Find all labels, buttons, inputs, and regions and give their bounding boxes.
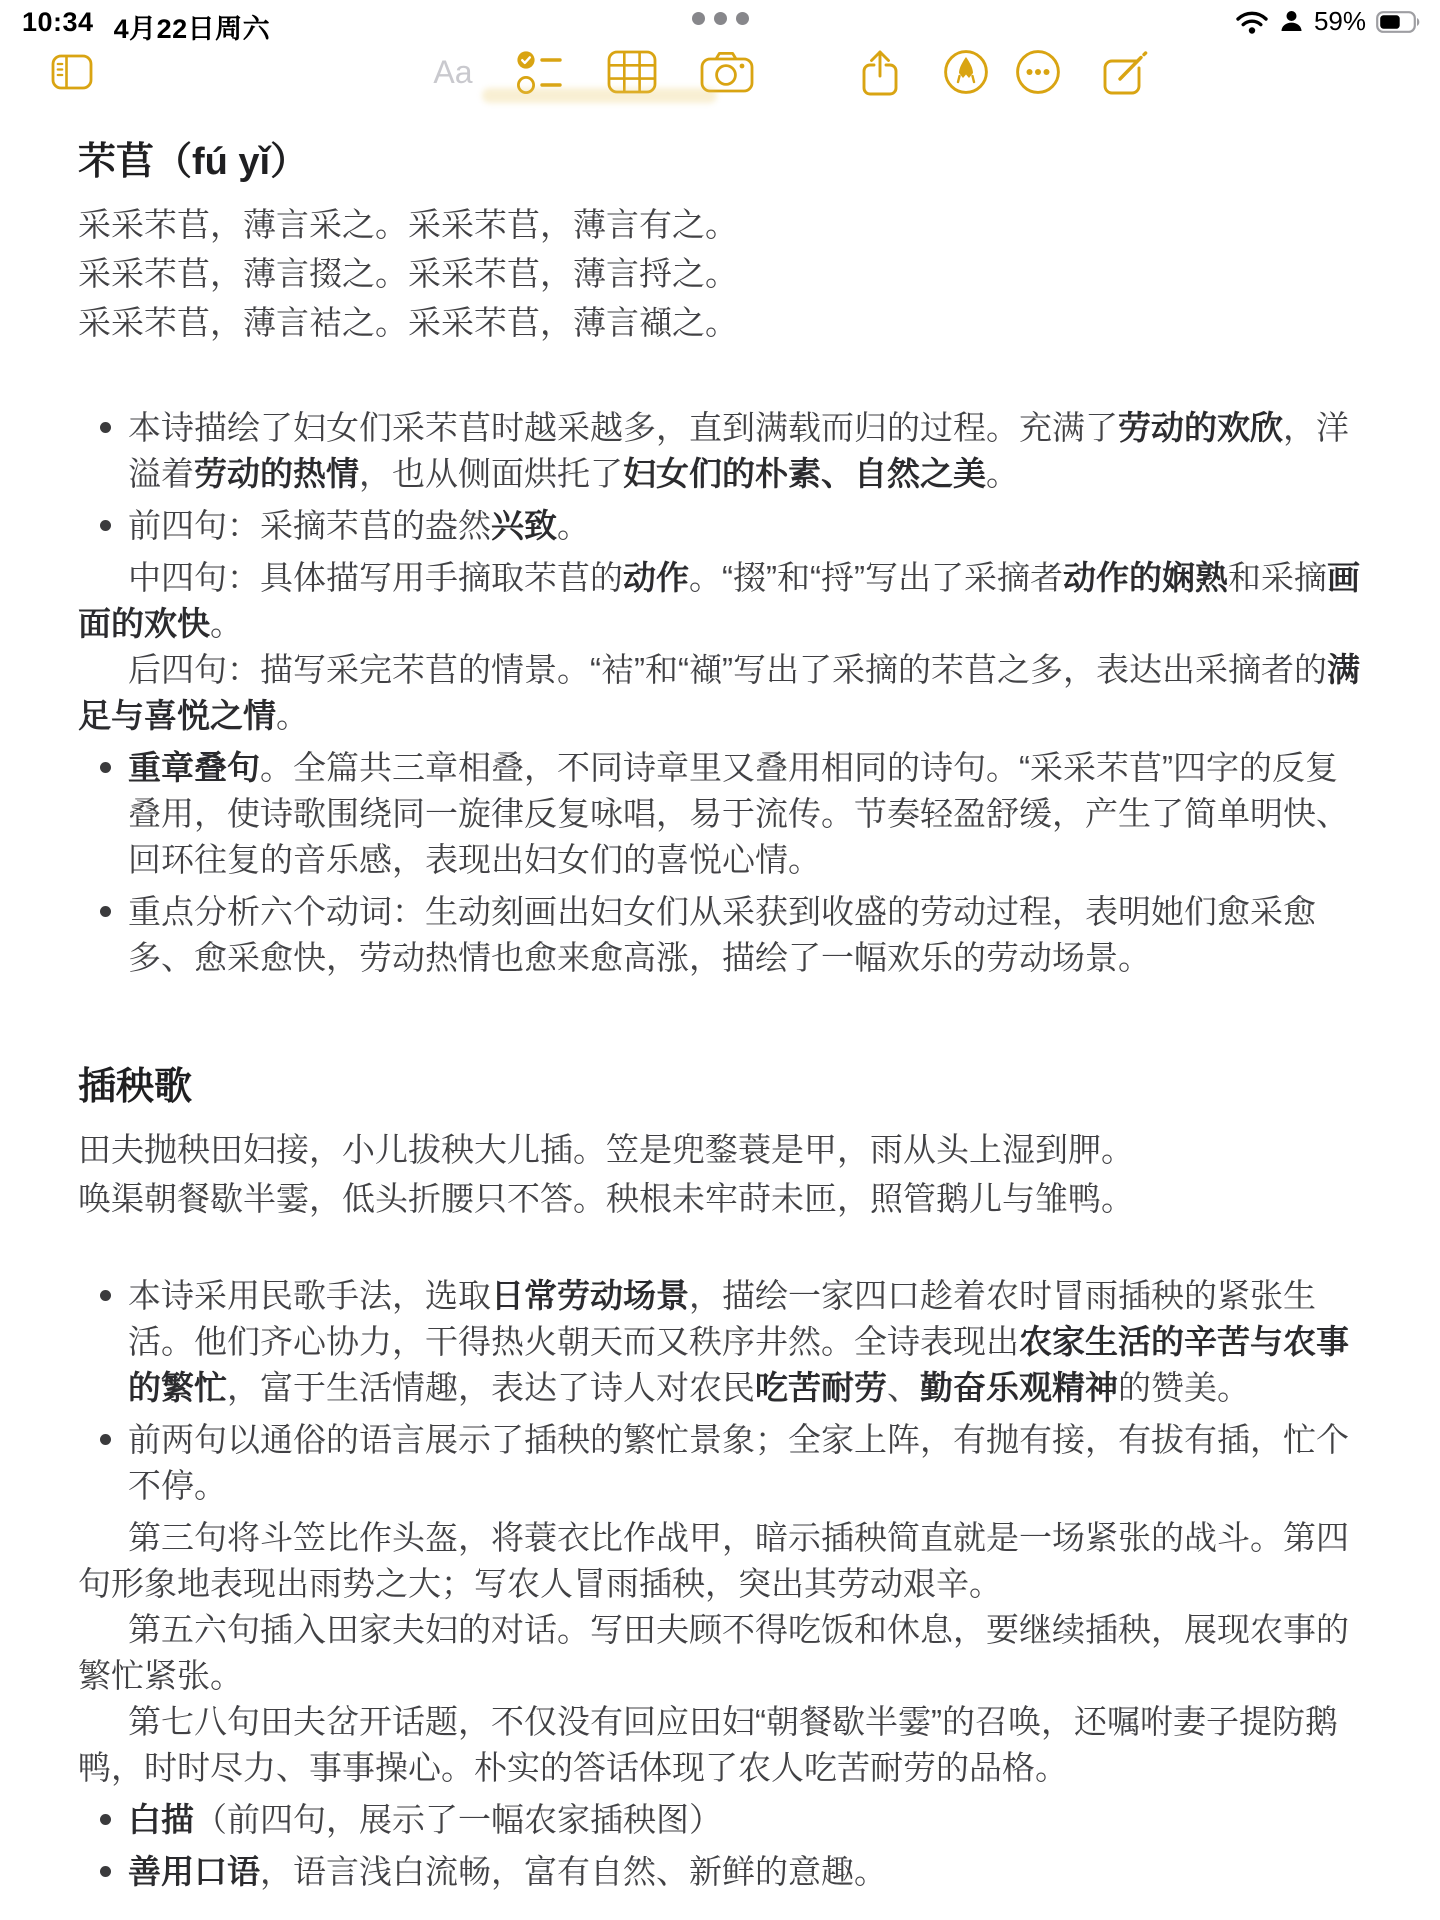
section-heading[interactable]: 插秧歌 bbox=[78, 1065, 1362, 1109]
bullet-marker bbox=[78, 1849, 128, 1895]
text: 唤渠朝餐歇半霎，低头折腰只不答。秧根未牢莳未匝，照管鹅儿与雏鸭。 bbox=[78, 1180, 1134, 1217]
wifi-icon bbox=[1235, 9, 1269, 35]
text: 。 bbox=[276, 697, 309, 734]
text: ，语言浅白流畅，富有自然、新鲜的意趣。 bbox=[260, 1853, 887, 1890]
indent-paragraph[interactable]: 中四句：具体描写用手摘取芣苢的动作。“掇”和“捋”写出了采摘者动作的娴熟和采摘画… bbox=[78, 555, 1362, 647]
bullet-text[interactable]: 白描（前四句，展示了一幅农家插秧图） bbox=[128, 1797, 1362, 1843]
bullet-item[interactable]: 前四句：采摘芣苢的盎然兴致。 bbox=[78, 503, 1362, 549]
format-button[interactable]: Aa bbox=[425, 44, 481, 100]
text: 田夫抛秧田妇接，小儿拔秧大儿插。笠是兜鍪蓑是甲，雨从头上湿到胛。 bbox=[78, 1131, 1134, 1168]
bold-text: 善用口语 bbox=[128, 1853, 260, 1890]
bullet-text[interactable]: 前两句以通俗的语言展示了插秧的繁忙景象；全家上阵，有抛有接，有拔有插，忙个不停。 bbox=[128, 1417, 1362, 1509]
indent-paragraph[interactable]: 第七八句田夫岔开话题，不仅没有回应田妇“朝餐歇半霎”的召唤，还嘱咐妻子提防鹅鸭，… bbox=[78, 1699, 1362, 1791]
text: （前四句，展示了一幅农家插秧图） bbox=[194, 1801, 722, 1838]
faded-watermark bbox=[482, 88, 717, 103]
bullet-marker bbox=[78, 745, 128, 883]
text: 采采芣苢，薄言袺之。采采芣苢，薄言襭之。 bbox=[78, 304, 738, 341]
text: 采采芣苢，薄言掇之。采采芣苢，薄言捋之。 bbox=[78, 255, 738, 292]
spacer bbox=[78, 347, 1362, 399]
bullet-text[interactable]: 本诗采用民歌手法，选取日常劳动场景，描绘一家四口趁着农时冒雨插秧的紧张生活。他们… bbox=[128, 1273, 1362, 1411]
text: 。 bbox=[210, 605, 243, 642]
battery-icon bbox=[1376, 11, 1422, 33]
bullet-marker bbox=[78, 1417, 128, 1509]
dot bbox=[714, 12, 727, 25]
indent-paragraph[interactable]: 第五六句插入田家夫妇的对话。写田夫顾不得吃饭和休息，要继续插秧，展现农事的繁忙紧… bbox=[78, 1607, 1362, 1699]
bullet-marker bbox=[78, 405, 128, 497]
bullet-marker bbox=[78, 503, 128, 549]
bullet-item[interactable]: 白描（前四句，展示了一幅农家插秧图） bbox=[78, 1797, 1362, 1843]
text: 和采摘 bbox=[1228, 559, 1327, 596]
poem-line[interactable]: 采采芣苢，薄言掇之。采采芣苢，薄言捋之。 bbox=[78, 249, 1362, 298]
share-button[interactable] bbox=[852, 44, 908, 100]
bullet-text[interactable]: 重章叠句。全篇共三章相叠，不同诗章里又叠用相同的诗句。“采采芣苢”四字的反复叠用… bbox=[128, 745, 1362, 883]
bullet-item[interactable]: 前两句以通俗的语言展示了插秧的繁忙景象；全家上阵，有抛有接，有拔有插，忙个不停。 bbox=[78, 1417, 1362, 1509]
poem-line[interactable]: 唤渠朝餐歇半霎，低头折腰只不答。秧根未牢莳未匝，照管鹅儿与雏鸭。 bbox=[78, 1174, 1362, 1223]
text: 本诗采用民歌手法，选取 bbox=[128, 1277, 491, 1314]
notes-toolbar: Aa bbox=[0, 44, 1440, 104]
text: 重点分析六个动词：生动刻画出妇女们从采获到收盛的劳动过程，表明她们愈采愈多、愈采… bbox=[128, 893, 1316, 976]
share-icon bbox=[861, 48, 899, 96]
bullet-text[interactable]: 前四句：采摘芣苢的盎然兴致。 bbox=[128, 503, 1362, 549]
text: 后四句：描写采完芣苢的情景。“袺”和“襭”写出了采摘的芣苢之多，表达出采摘者的 bbox=[128, 651, 1327, 688]
bold-text: 白描 bbox=[128, 1801, 194, 1838]
text: 。 bbox=[557, 507, 590, 544]
compose-icon bbox=[1101, 47, 1151, 97]
dot bbox=[736, 12, 749, 25]
bold-text: 劳动的热情 bbox=[194, 455, 359, 492]
spacer bbox=[78, 1223, 1362, 1267]
person-icon bbox=[1279, 9, 1304, 34]
multitask-handle[interactable] bbox=[0, 12, 1440, 25]
bullet-marker bbox=[78, 889, 128, 981]
section-heading[interactable]: 芣苢（fú yǐ） bbox=[78, 140, 1362, 184]
indent-paragraph[interactable]: 后四句：描写采完芣苢的情景。“袺”和“襭”写出了采摘的芣苢之多，表达出采摘者的满… bbox=[78, 647, 1362, 739]
bold-text: 劳动的欢欣 bbox=[1118, 409, 1283, 446]
bullet-item[interactable]: 善用口语，语言浅白流畅，富有自然、新鲜的意趣。 bbox=[78, 1849, 1362, 1895]
bullet-text[interactable]: 重点分析六个动词：生动刻画出妇女们从采获到收盛的劳动过程，表明她们愈采愈多、愈采… bbox=[128, 889, 1362, 981]
text: 采采芣苢，薄言采之。采采芣苢，薄言有之。 bbox=[78, 206, 738, 243]
ellipsis-circle-icon bbox=[1014, 48, 1062, 96]
text: 。“掇”和“捋”写出了采摘者 bbox=[689, 559, 1063, 596]
compose-button[interactable] bbox=[1098, 44, 1154, 100]
bold-text: 兴致 bbox=[491, 507, 557, 544]
status-bar: 10:34 4月22日周六 59% bbox=[0, 0, 1440, 42]
more-button[interactable] bbox=[1010, 44, 1066, 100]
bold-text: 动作的娴熟 bbox=[1063, 559, 1228, 596]
text: 的赞美。 bbox=[1118, 1369, 1250, 1406]
sidebar-icon bbox=[51, 54, 93, 90]
bullet-item[interactable]: 重章叠句。全篇共三章相叠，不同诗章里又叠用相同的诗句。“采采芣苢”四字的反复叠用… bbox=[78, 745, 1362, 883]
text: 。 bbox=[986, 455, 1019, 492]
text: 。全篇共三章相叠，不同诗章里又叠用相同的诗句。“采采芣苢”四字的反复叠用，使诗歌… bbox=[128, 749, 1349, 878]
bullet-item[interactable]: 本诗描绘了妇女们采芣苢时越采越多，直到满载而归的过程。充满了劳动的欢欣，洋溢着劳… bbox=[78, 405, 1362, 497]
text: 前四句：采摘芣苢的盎然 bbox=[128, 507, 491, 544]
text: ，也从侧面烘托了 bbox=[359, 455, 623, 492]
text: 本诗描绘了妇女们采芣苢时越采越多，直到满载而归的过程。充满了 bbox=[128, 409, 1118, 446]
bullet-marker bbox=[78, 1273, 128, 1411]
bold-text: 动作 bbox=[623, 559, 689, 596]
spacer bbox=[78, 987, 1362, 1065]
poem-line[interactable]: 采采芣苢，薄言采之。采采芣苢，薄言有之。 bbox=[78, 200, 1362, 249]
markup-button[interactable] bbox=[938, 44, 994, 100]
bullet-item[interactable]: 重点分析六个动词：生动刻画出妇女们从采获到收盛的劳动过程，表明她们愈采愈多、愈采… bbox=[78, 889, 1362, 981]
bullet-item[interactable]: 本诗采用民歌手法，选取日常劳动场景，描绘一家四口趁着农时冒雨插秧的紧张生活。他们… bbox=[78, 1273, 1362, 1411]
text: 第五六句插入田家夫妇的对话。写田夫顾不得吃饭和休息，要继续插秧，展现农事的繁忙紧… bbox=[78, 1611, 1349, 1694]
bold-text: 妇女们的朴素、自然之美 bbox=[623, 455, 986, 492]
bullet-text[interactable]: 本诗描绘了妇女们采芣苢时越采越多，直到满载而归的过程。充满了劳动的欢欣，洋溢着劳… bbox=[128, 405, 1362, 497]
bullet-text[interactable]: 善用口语，语言浅白流畅，富有自然、新鲜的意趣。 bbox=[128, 1849, 1362, 1895]
poem-line[interactable]: 采采芣苢，薄言袺之。采采芣苢，薄言襭之。 bbox=[78, 298, 1362, 347]
text: 中四句：具体描写用手摘取芣苢的 bbox=[128, 559, 623, 596]
battery-percent: 59% bbox=[1314, 6, 1366, 37]
dot bbox=[692, 12, 705, 25]
bullet-marker bbox=[78, 1797, 128, 1843]
bold-text: 重章叠句 bbox=[128, 749, 260, 786]
indent-paragraph[interactable]: 第三句将斗笠比作头盔，将蓑衣比作战甲，暗示插秧简直就是一场紧张的战斗。第四句形象… bbox=[78, 1515, 1362, 1607]
bold-text: 日常劳动场景 bbox=[491, 1277, 689, 1314]
poem-line[interactable]: 田夫抛秧田妇接，小儿拔秧大儿插。笠是兜鍪蓑是甲，雨从头上湿到胛。 bbox=[78, 1125, 1362, 1174]
text: 前两句以通俗的语言展示了插秧的繁忙景象；全家上阵，有抛有接，有拔有插，忙个不停。 bbox=[128, 1421, 1349, 1504]
text: ，富于生活情趣，表达了诗人对农民 bbox=[227, 1369, 755, 1406]
bold-text: 吃苦耐劳 bbox=[755, 1369, 887, 1406]
text: 第三句将斗笠比作头盔，将蓑衣比作战甲，暗示插秧简直就是一场紧张的战斗。第四句形象… bbox=[78, 1519, 1349, 1602]
text: 、 bbox=[887, 1369, 920, 1406]
note-editor[interactable]: 芣苢（fú yǐ）采采芣苢，薄言采之。采采芣苢，薄言有之。采采芣苢，薄言掇之。采… bbox=[78, 140, 1362, 1901]
text-format-icon: Aa bbox=[433, 54, 472, 91]
sidebar-toggle-button[interactable] bbox=[44, 44, 100, 100]
markup-pen-icon bbox=[942, 48, 990, 96]
bold-text: 勤奋乐观精神 bbox=[920, 1369, 1118, 1406]
text: 第七八句田夫岔开话题，不仅没有回应田妇“朝餐歇半霎”的召唤，还嘱咐妻子提防鹅鸭，… bbox=[78, 1703, 1338, 1786]
